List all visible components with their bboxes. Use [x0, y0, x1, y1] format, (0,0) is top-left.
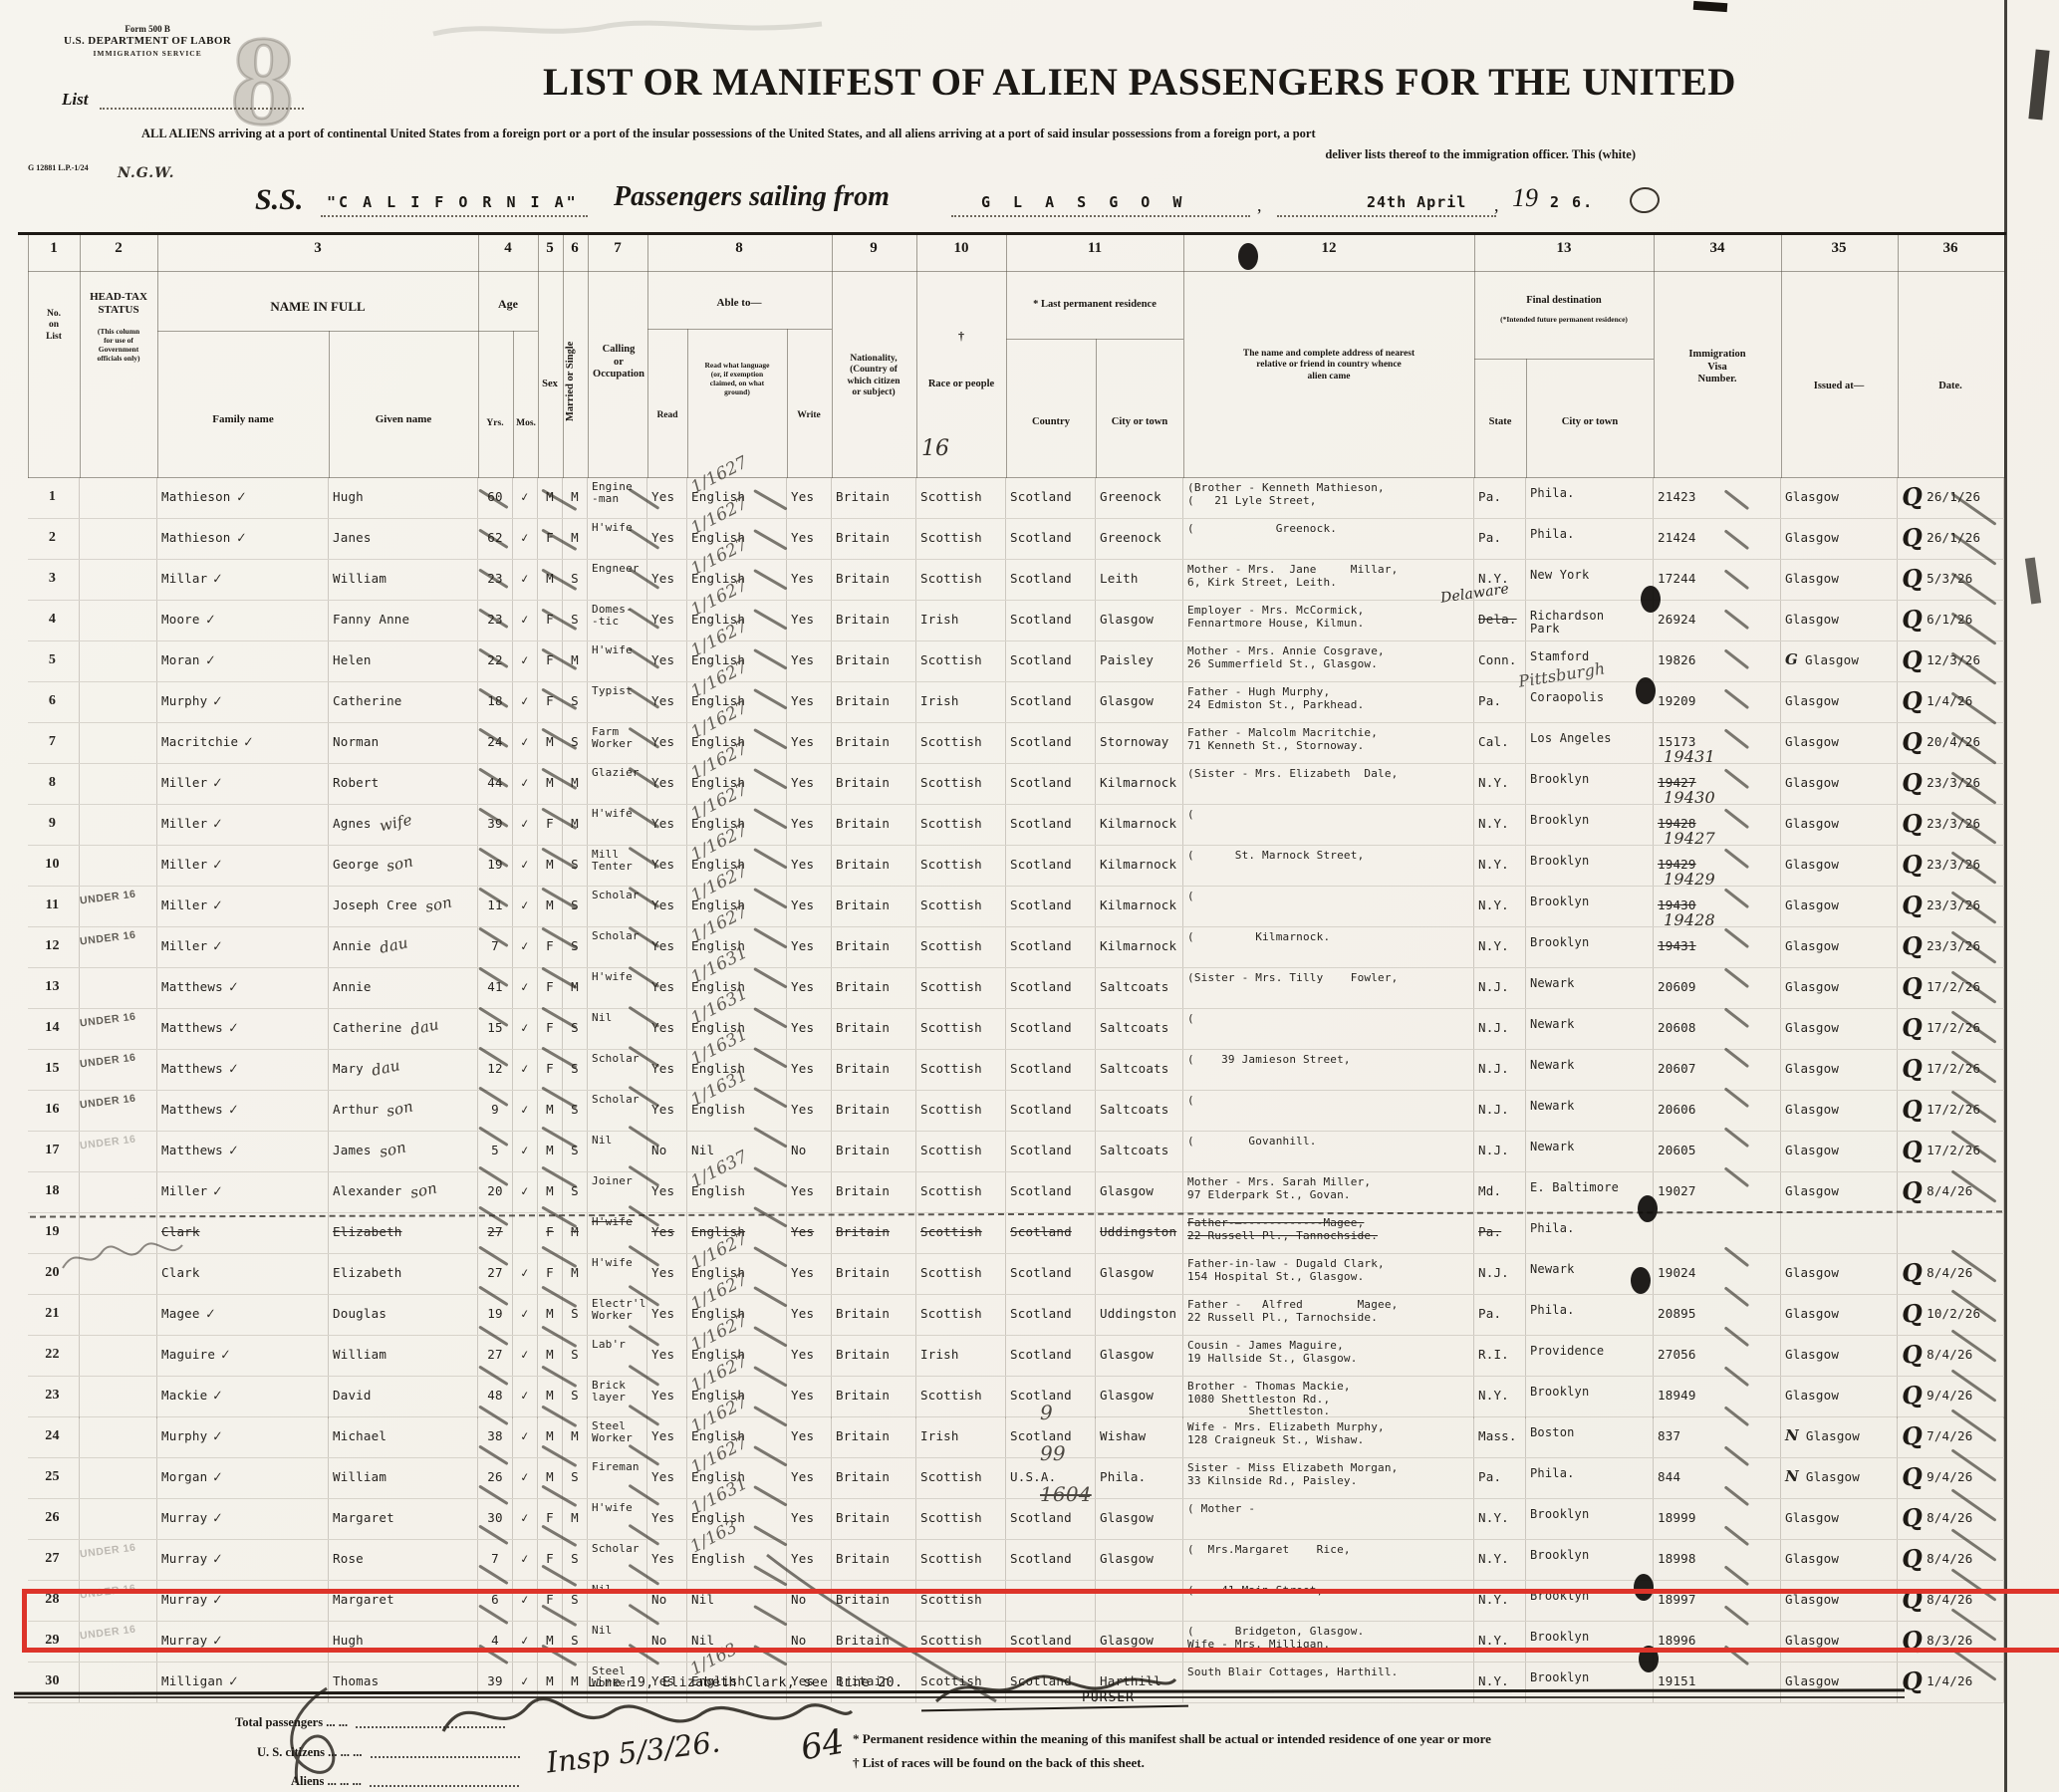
cell-mos: ✓ [513, 1254, 538, 1294]
manifest-row: 27UNDER 16Murray✓Rose7✓FSScholarYesEngli… [28, 1540, 2004, 1581]
issued-at: Glasgow [1785, 489, 1839, 504]
sex-value: M [546, 1143, 554, 1157]
scan-smudge [1693, 1, 1728, 12]
age-years: 27 [487, 1347, 502, 1362]
pen-check-mark: ✓ [205, 1307, 214, 1322]
cell-no: 12 [28, 927, 80, 967]
cell-yrs: 20 [478, 1172, 513, 1212]
destination-state: Mass. [1478, 1428, 1517, 1443]
destination-state: Md. [1478, 1183, 1501, 1198]
cell-occ: Nil [588, 1009, 647, 1049]
destination-state: N.Y. [1478, 1673, 1509, 1688]
family-name: Matthews [161, 1061, 223, 1076]
nationality: Britain [836, 857, 890, 872]
cell-given: Elizabeth [329, 1213, 478, 1253]
race: Scottish [920, 1469, 982, 1484]
cell-ms: S [563, 1009, 588, 1049]
manifest-row: 16UNDER 16Matthews✓Arthurson9✓MSScholarY… [28, 1091, 2004, 1132]
cell-date: Q6/1/26 [1898, 601, 2004, 640]
cell-lang: English1/1637 [687, 1172, 787, 1212]
cell-sex: F [538, 519, 563, 559]
cell-rel: ( Greenock. [1183, 519, 1474, 559]
cell-no: 7 [28, 723, 80, 763]
cell-sex: M [538, 1377, 563, 1418]
admitted-q-mark: Q [1901, 1020, 1923, 1035]
cell-write: Yes [787, 1254, 832, 1294]
given-name: Norman [333, 734, 379, 749]
column-line [1781, 235, 1782, 478]
cell-visa: 18999 [1654, 1499, 1781, 1539]
residence-country: Scotland [1010, 1224, 1072, 1239]
cell-yrs: 24 [478, 723, 513, 763]
cell-visa: 837 [1654, 1417, 1781, 1457]
age-years: 26 [487, 1469, 502, 1484]
pen-check-mark: ✓ [221, 1348, 230, 1363]
pen-tick: ✓ [520, 1104, 530, 1118]
column-number: 2 [115, 240, 123, 257]
column-number: 35 [1832, 240, 1847, 257]
cell-mos: ✓ [513, 1132, 538, 1171]
cell-family: Miller✓ [157, 846, 329, 886]
visa-date: 8/4/26 [1927, 1347, 1972, 1362]
age-years: 23 [487, 612, 502, 627]
column-line [1183, 235, 1184, 478]
cell-mos: ✓ [513, 846, 538, 886]
nationality: Britain [836, 1306, 890, 1321]
race: Scottish [920, 530, 982, 545]
relationship-handwriting: son [386, 1100, 414, 1118]
cell-given: Annie [329, 968, 478, 1008]
issued-at: Glasgow [1785, 1673, 1839, 1688]
cell-issued: Glasgow [1781, 1172, 1898, 1212]
sex-value: F [546, 979, 554, 994]
cell-city: Glasgow [1096, 1254, 1183, 1294]
cell-yrs: 19 [478, 1295, 513, 1335]
cell-country: Scotland [1006, 478, 1096, 518]
can-read: Yes [651, 1388, 674, 1403]
cell-visa: 20609 [1654, 968, 1781, 1008]
cell-race: Scottish [916, 641, 1006, 681]
cell-stamp: UNDER 16 [80, 1009, 157, 1049]
sex-value: F [546, 1265, 554, 1280]
cell-mos: ✓ [513, 1050, 538, 1090]
sex-value: F [546, 1224, 554, 1239]
marital-status: S [571, 571, 579, 586]
occupation: Scholar [592, 1052, 640, 1065]
cell-dcity: Providence [1526, 1336, 1654, 1376]
hole-punch [1238, 243, 1258, 270]
cell-visa: 19209 [1654, 682, 1781, 722]
cell-yrs: 27 [478, 1336, 513, 1376]
cell-yrs: 30 [478, 1499, 513, 1539]
cell-dcity: Newark [1526, 1132, 1654, 1171]
sex-value: F [546, 1061, 554, 1076]
cell-write: Yes [787, 1213, 832, 1253]
destination-city: Providence [1530, 1344, 1604, 1358]
cell-given: Robert [329, 764, 478, 804]
family-name: Mathieson [161, 489, 231, 504]
column-number: 10 [954, 240, 969, 257]
can-read: Yes [651, 1020, 674, 1035]
nationality: Britain [836, 1510, 890, 1525]
cell-ms: S [563, 1377, 588, 1418]
cell-rel: Cousin - James Maguire, 19 Hallside St.,… [1183, 1336, 1474, 1376]
destination-state: N.Y. [1478, 938, 1509, 953]
destination-city: New York [1530, 568, 1589, 582]
issued-at: Glasgow [1785, 1061, 1839, 1076]
occupation: Steel Worker [592, 1419, 633, 1444]
cell-visa: 20607 [1654, 1050, 1781, 1090]
cell-city: Glasgow [1096, 1336, 1183, 1376]
race: Scottish [920, 979, 982, 994]
cell-city: Stornoway [1096, 723, 1183, 763]
cell-occ: Mill Tenter [588, 846, 647, 886]
nationality: Britain [836, 693, 890, 708]
under-16-stamp: UNDER 16 [79, 1011, 136, 1031]
can-write: Yes [791, 734, 814, 749]
cell-date: Q9/4/26 [1898, 1458, 2004, 1498]
cell-dcity: Newark [1526, 1009, 1654, 1049]
destination-city: Newark [1530, 976, 1575, 990]
cell-read: Yes [647, 1295, 687, 1335]
cell-race: Scottish [916, 927, 1006, 967]
cell-read: Yes [647, 1091, 687, 1131]
cell-occ: Nil [588, 1132, 647, 1171]
visa-number: 21423 [1658, 489, 1696, 504]
column-line [1006, 235, 1007, 478]
cell-write: Yes [787, 1458, 832, 1498]
visa-date: 17/2/26 [1927, 1143, 1980, 1157]
destination-state: N.Y. [1478, 816, 1509, 831]
relative-address: ( [1187, 808, 1194, 821]
given-name: Elizabeth [333, 1224, 402, 1239]
cell-ms: M [563, 764, 588, 804]
family-name: Murray [161, 1510, 207, 1525]
cell-read: Yes [647, 927, 687, 967]
visa-date: 23/3/26 [1927, 775, 1980, 790]
visa-number-handwritten: 19430 [1664, 791, 1715, 804]
pen-tick: ✓ [520, 1430, 530, 1444]
destination-city: Phila. [1530, 1303, 1575, 1317]
occupation: H'wife [592, 521, 633, 534]
destination-state: N.Y. [1478, 897, 1509, 912]
destination-state: Pa. [1478, 1469, 1501, 1484]
manifest-row: 6Murphy✓Catherine18✓FSTypistYesEnglish1/… [28, 682, 2004, 723]
admitted-q-mark: Q [1901, 571, 1923, 586]
can-write: Yes [791, 612, 814, 627]
age-years: 11 [487, 897, 502, 912]
manifest-row: 2Mathieson✓Janes62✓FMH'wifeYesEnglish1/1… [28, 519, 2004, 560]
pen-tick: ✓ [520, 695, 530, 709]
nationality: Britain [836, 938, 890, 953]
cell-stamp [80, 968, 157, 1008]
cell-ms: S [563, 560, 588, 600]
cell-dcity: Brooklyn [1526, 764, 1654, 804]
col-header-country: Country [1032, 416, 1070, 429]
race: Scottish [920, 897, 982, 912]
can-read: Yes [651, 857, 674, 872]
cell-write: Yes [787, 887, 832, 926]
cell-stamp [80, 1172, 157, 1212]
cell-yrs: 60 [478, 478, 513, 518]
cell-read: Yes [647, 1417, 687, 1457]
cell-country: Scotland [1006, 927, 1096, 967]
residence-country: Scotland [1010, 1347, 1072, 1362]
destination-state: Dela. [1478, 612, 1517, 627]
cell-sex: F [538, 1499, 563, 1539]
relative-address: Mother - Mrs. Annie Cosgrave, 26 Summerf… [1187, 644, 1385, 670]
cell-read: Yes [647, 1213, 687, 1253]
manifest-row: 15UNDER 16Matthews✓Marydau12✓FSScholarYe… [28, 1050, 2004, 1091]
relationship-handwriting: son [408, 1181, 437, 1199]
manifest-row: 4Moore✓Fanny Anne23✓FSDomes- -ticYesEngl… [28, 601, 2004, 641]
admitted-q-mark: Q [1901, 816, 1923, 831]
cell-country: Scotland [1006, 601, 1096, 640]
cell-write: Yes [787, 1050, 832, 1090]
given-name: Alexander [333, 1183, 402, 1198]
manifest-row: 14UNDER 16Matthews✓Catherinedau15✓FSNilY… [28, 1009, 2004, 1050]
cell-write: Yes [787, 1377, 832, 1418]
marital-status: S [571, 1469, 579, 1484]
col-header-race: Race or people [928, 379, 994, 391]
issued-prefix-handwriting: N [1785, 1467, 1799, 1485]
cell-yrs: 38 [478, 1417, 513, 1457]
cell-read: Yes [647, 887, 687, 926]
col-header-age: Age [498, 297, 518, 311]
family-name: Maguire [161, 1347, 215, 1362]
residence-city: Paisley [1100, 652, 1154, 667]
cell-state: Mass. [1474, 1417, 1526, 1457]
residence-country: Scotland [1010, 1061, 1072, 1076]
cell-yrs: 7 [478, 927, 513, 967]
cell-family: Miller✓ [157, 887, 329, 926]
family-name: Murray [161, 1551, 207, 1566]
under-16-stamp: UNDER 16 [79, 1542, 136, 1562]
cell-nat: Britain [832, 1377, 916, 1418]
cell-race: Irish [916, 682, 1006, 722]
cell-city: Glasgow [1096, 1499, 1183, 1539]
cell-yrs: 26 [478, 1458, 513, 1498]
service-label: IMMIGRATION SERVICE [64, 49, 231, 58]
race-dagger-icon: † [958, 329, 964, 343]
cell-state: Cal. [1474, 723, 1526, 763]
cell-sex: M [538, 478, 563, 518]
visa-date: 17/2/26 [1927, 1020, 1980, 1035]
cell-race: Scottish [916, 968, 1006, 1008]
nationality: Britain [836, 489, 890, 504]
cell-mos: ✓ [513, 927, 538, 967]
marital-status: S [571, 1143, 579, 1157]
admitted-q-mark: Q [1901, 1469, 1923, 1484]
cell-family: Murphy✓ [157, 1417, 329, 1457]
cell-no: 15 [28, 1050, 80, 1090]
age-years: 19 [487, 857, 502, 872]
pen-check-mark: ✓ [213, 1429, 222, 1444]
nationality: Britain [836, 775, 890, 790]
cell-rel: Father-in-law - Dugald Clark, 154 Hospit… [1183, 1254, 1474, 1294]
cell-race: Scottish [916, 1172, 1006, 1212]
cell-city: Glasgow [1096, 1540, 1183, 1580]
marital-status: M [571, 489, 579, 504]
cell-read: Yes [647, 1540, 687, 1580]
cell-date: Q10/2/26 [1898, 1295, 2004, 1335]
given-name: Janes [333, 530, 372, 545]
pen-check-mark: ✓ [205, 613, 214, 628]
col-header-last-residence: * Last permanent residence [1033, 299, 1157, 312]
cell-given: Rose [329, 1540, 478, 1580]
column-line [563, 235, 564, 478]
nationality: Britain [836, 571, 890, 586]
cell-issued: Glasgow [1781, 1499, 1898, 1539]
cell-issued: Glasgow [1781, 1336, 1898, 1376]
cell-occ: Scholar [588, 927, 647, 967]
cell-visa: 17244 [1654, 560, 1781, 600]
cell-city: Greenock [1096, 519, 1183, 559]
cell-given: Elizabeth [329, 1254, 478, 1294]
visa-date: 20/4/26 [1927, 734, 1980, 749]
age-years: 12 [487, 1061, 502, 1076]
under-16-stamp: UNDER 16 [79, 889, 136, 908]
race: Irish [920, 1347, 959, 1362]
pen-tick: ✓ [520, 573, 530, 587]
cell-given: Michael [329, 1417, 478, 1457]
pen-tick: ✓ [520, 1349, 530, 1363]
cell-family: Miller✓ [157, 764, 329, 804]
marital-status: S [571, 1183, 579, 1198]
cell-stamp [80, 846, 157, 886]
relative-address: ( Govanhill. [1187, 1135, 1317, 1148]
age-years: 44 [487, 775, 502, 790]
cell-rel: (Sister - Mrs. Tilly Fowler, [1183, 968, 1474, 1008]
cell-occ: H'wife [588, 641, 647, 681]
residence-city: Uddingston [1100, 1306, 1176, 1321]
cell-issued: Glasgow [1781, 1050, 1898, 1090]
cell-rel: ( 39 Jamieson Street, [1183, 1050, 1474, 1090]
cell-state: N.Y. [1474, 1499, 1526, 1539]
port-rule [951, 215, 1250, 217]
residence-country: Scotland [1010, 571, 1072, 586]
given-name: Douglas [333, 1306, 386, 1321]
residence-city: Phila. [1100, 1469, 1146, 1484]
col-header-family: Family name [212, 413, 273, 426]
cell-city: Kilmarnock [1096, 846, 1183, 886]
cell-visa: 19826 [1654, 641, 1781, 681]
cell-occ: Engine -man [588, 478, 647, 518]
cell-write: Yes [787, 601, 832, 640]
race: Scottish [920, 652, 982, 667]
admitted-q-mark: Q [1901, 734, 1923, 749]
cell-city: Kilmarnock [1096, 887, 1183, 926]
destination-state: Conn. [1478, 652, 1517, 667]
visa-date: 1/4/26 [1927, 1673, 1972, 1688]
cell-issued: Glasgow [1781, 1377, 1898, 1418]
cell-race: Irish [916, 1336, 1006, 1376]
pen-check-mark: ✓ [213, 898, 222, 913]
cell-date: Q8/4/26 [1898, 1540, 2004, 1580]
relative-address: Father - Hugh Murphy, 24 Edmiston St., P… [1187, 685, 1364, 711]
occupation: Mill Tenter [592, 848, 633, 873]
visa-date: 10/2/26 [1927, 1306, 1980, 1321]
cell-city: Glasgow [1096, 1377, 1183, 1418]
pen-check-mark: ✓ [236, 490, 245, 505]
visa-number: 26924 [1658, 612, 1696, 627]
cell-family: Moore✓ [157, 601, 329, 640]
destination-city: Phila. [1530, 486, 1575, 500]
cell-stamp [80, 1295, 157, 1335]
col-header-nationality: Nationality, (Country of which citizen o… [847, 354, 900, 399]
marital-status: S [571, 1551, 579, 1566]
cell-nat: Britain [832, 846, 916, 886]
column-number: 9 [870, 240, 878, 257]
can-read: No [651, 1143, 666, 1157]
country-handwriting: 99 [1040, 1447, 1066, 1460]
cell-city: Saltcoats [1096, 968, 1183, 1008]
cell-nat: Britain [832, 1213, 916, 1253]
pen-check-mark: ✓ [229, 980, 238, 995]
race: Scottish [920, 1183, 982, 1198]
cell-no: 26 [28, 1499, 80, 1539]
cell-race: Scottish [916, 1377, 1006, 1418]
marital-status: M [571, 1265, 579, 1280]
admitted-q-mark: Q [1901, 857, 1923, 872]
can-read: Yes [651, 489, 674, 504]
issued-at: Glasgow [1785, 693, 1839, 708]
residence-country: Scotland [1010, 612, 1072, 627]
cell-family: Murray✓ [157, 1540, 329, 1580]
cell-city: Kilmarnock [1096, 764, 1183, 804]
cell-ms: M [563, 641, 588, 681]
cell-mos: ✓ [513, 1540, 538, 1580]
nationality: Britain [836, 652, 890, 667]
nationality: Britain [836, 979, 890, 994]
admitted-q-mark: Q [1901, 1510, 1923, 1525]
destination-city: Brooklyn [1530, 813, 1589, 827]
cell-city: Saltcoats [1096, 1091, 1183, 1131]
relationship-handwriting: dau [379, 936, 409, 955]
admitted-q-mark: Q [1901, 897, 1923, 912]
given-name: William [333, 1347, 386, 1362]
cell-no: 2 [28, 519, 80, 559]
cell-stamp [80, 1499, 157, 1539]
cell-no: 13 [28, 968, 80, 1008]
cell-sex: F [538, 1540, 563, 1580]
nationality: Britain [836, 1183, 890, 1198]
pen-tick: ✓ [520, 1390, 530, 1404]
cell-state: N.Y. [1474, 764, 1526, 804]
age-years: 27 [487, 1224, 502, 1239]
column-subline [787, 329, 788, 478]
residence-country: Scotland [1010, 1510, 1072, 1525]
cell-nat: Britain [832, 927, 916, 967]
visa-number: 844 [1658, 1469, 1680, 1484]
cell-city: Saltcoats [1096, 1132, 1183, 1171]
cell-sex: M [538, 846, 563, 886]
column-line [478, 235, 479, 478]
relative-address: Father-in-law - Dugald Clark, 154 Hospit… [1187, 1257, 1385, 1283]
race: Irish [920, 1428, 959, 1443]
destination-state: N.Y. [1478, 1551, 1509, 1566]
race: Irish [920, 612, 959, 627]
admitted-q-mark: Q [1901, 1428, 1923, 1443]
manifest-row: 12UNDER 16Miller✓Anniedau7✓FSScholarYesE… [28, 927, 2004, 968]
cell-ms: M [563, 478, 588, 518]
race: Scottish [920, 1061, 982, 1076]
cell-nat: Britain [832, 805, 916, 845]
cell-nat: Britain [832, 641, 916, 681]
nationality: Britain [836, 1265, 890, 1280]
cell-given: Jamesson [329, 1132, 478, 1171]
issued-at: Glasgow [1785, 775, 1839, 790]
